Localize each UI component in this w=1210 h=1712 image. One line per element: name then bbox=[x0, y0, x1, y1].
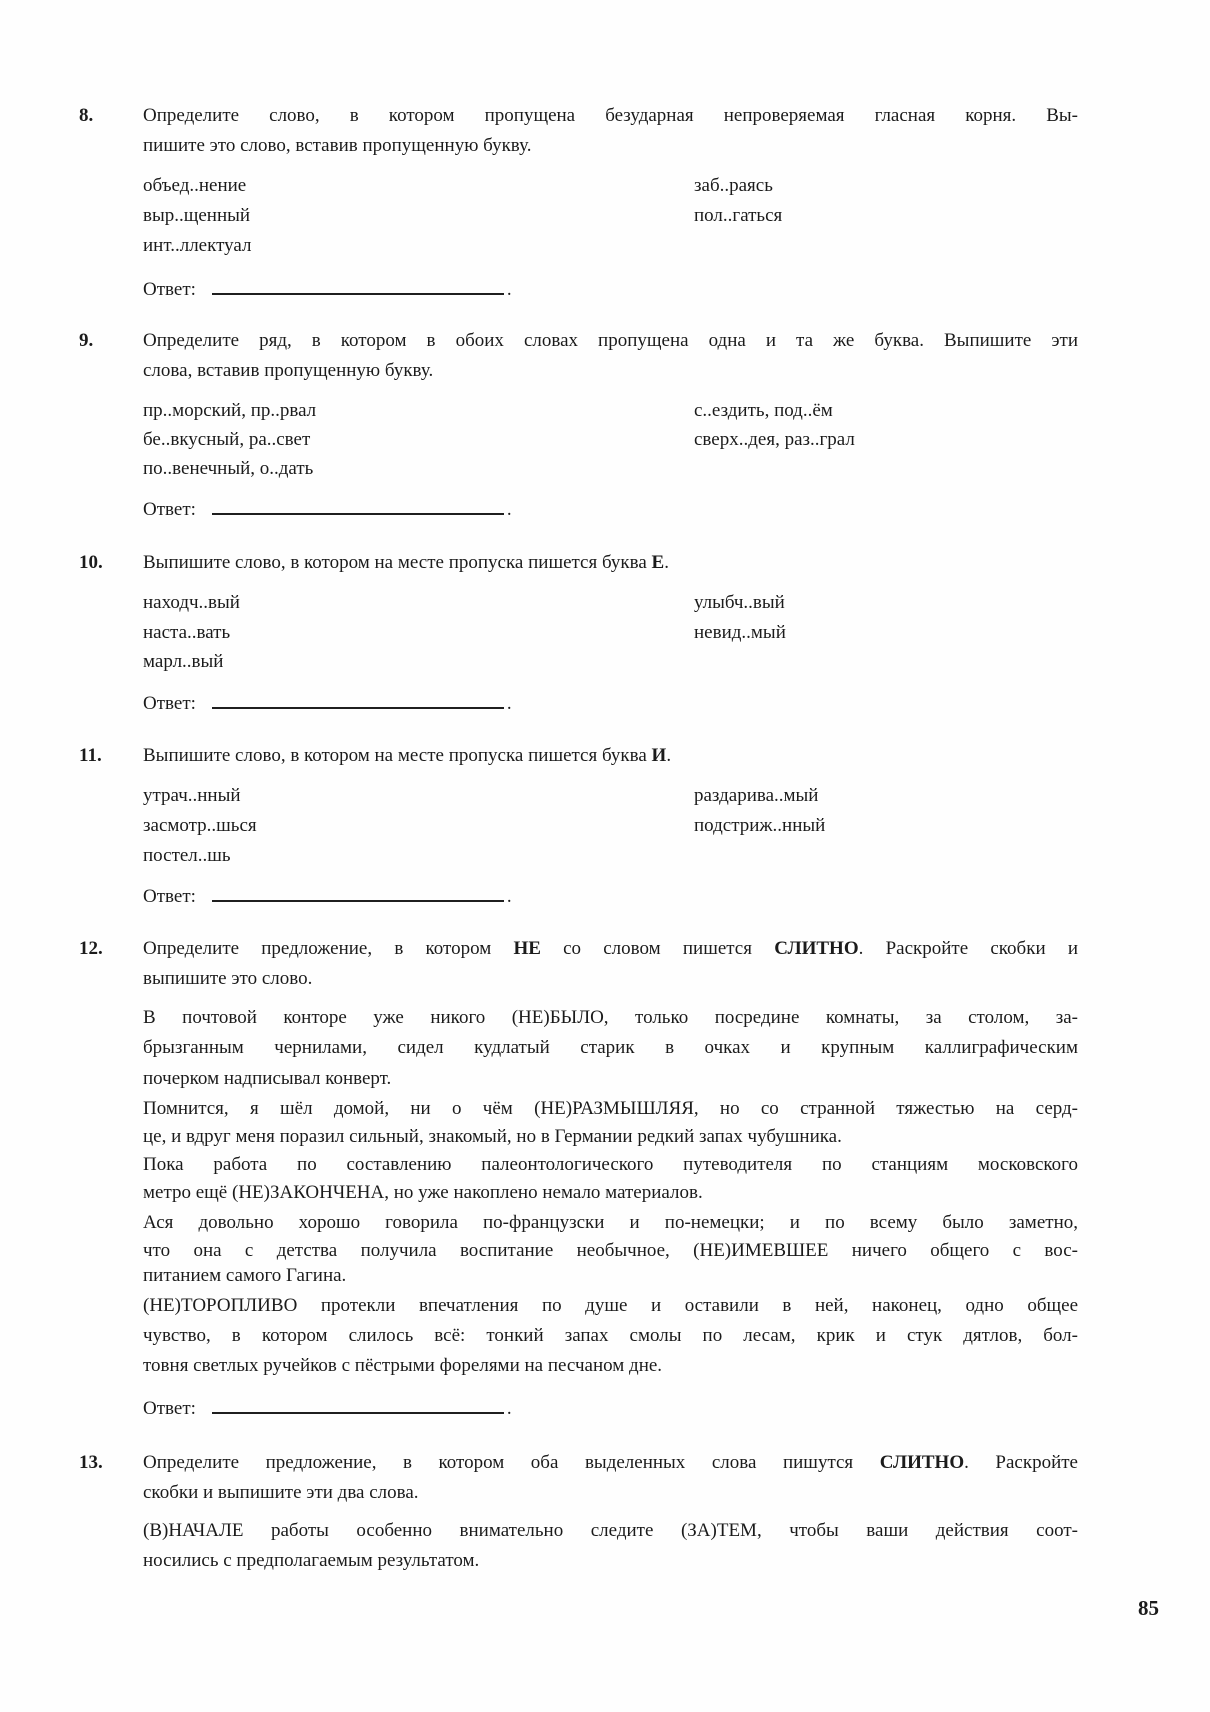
word-option: пол..гаться bbox=[694, 203, 782, 228]
task-12-sentence-line: брызганным чернилами, сидел кудлатый ста… bbox=[143, 1035, 1078, 1060]
page-number: 85 bbox=[1138, 1596, 1159, 1621]
answer-label: Ответ: bbox=[143, 693, 196, 714]
task-13-intro-line-2: скобки и выпишите эти два слова. bbox=[143, 1480, 1078, 1505]
task-11-word-row: утрач..нный раздарива..мый bbox=[143, 783, 1078, 808]
answer-period: . bbox=[507, 279, 512, 300]
task-8-intro-line-1: Определите слово, в котором пропущена бе… bbox=[143, 103, 1078, 128]
task-8-number: 8. bbox=[79, 103, 135, 128]
word-option: выр..щенный bbox=[143, 205, 250, 226]
word-option: бе..вкусный, ра..свет bbox=[143, 429, 310, 450]
task-12-sentence-line: Помнится, я шёл домой, ни о чём (НЕ)РАЗМ… bbox=[143, 1096, 1078, 1121]
task-12-sentence-line: чувство, в котором слилось всё: тонкий з… bbox=[143, 1323, 1078, 1348]
answer-blank-line bbox=[212, 276, 504, 295]
answer-label: Ответ: bbox=[143, 499, 196, 520]
task-11-word-row: постел..шь bbox=[143, 843, 1078, 868]
task-13-intro-text: . Раскройте bbox=[964, 1452, 1078, 1473]
task-11-intro: Выпишите слово, в котором на месте пропу… bbox=[143, 743, 1078, 768]
task-12-sentence-line: метро ещё (НЕ)ЗАКОНЧЕНА, но уже накоплен… bbox=[143, 1180, 1078, 1205]
task-12-intro-line-1: Определите предложение, в котором НЕ со … bbox=[143, 936, 1078, 961]
word-option: с..ездить, под..ём bbox=[694, 398, 833, 423]
task-12-sentence-line: товня светлых ручейков с пёстрыми фореля… bbox=[143, 1353, 1078, 1378]
task-11-number: 11. bbox=[79, 743, 135, 768]
word-option: заб..раясь bbox=[694, 173, 773, 198]
task-9-word-row: пр..морский, пр..рвал с..ездить, под..ём bbox=[143, 398, 1078, 423]
task-12-sentence-line: В почтовой конторе уже никого (НЕ)БЫЛО, … bbox=[143, 1005, 1078, 1030]
answer-blank-line bbox=[212, 883, 504, 902]
task-12-answer-row: Ответ:. bbox=[143, 1395, 1078, 1421]
word-option: инт..ллектуал bbox=[143, 235, 251, 256]
task-9-word-row: бе..вкусный, ра..свет сверх..дея, раз..г… bbox=[143, 427, 1078, 452]
task-11-answer-row: Ответ:. bbox=[143, 883, 1078, 909]
answer-label: Ответ: bbox=[143, 886, 196, 907]
task-12-sentence-line: (НЕ)ТОРОПЛИВО протекли впечатления по ду… bbox=[143, 1293, 1078, 1318]
task-9-intro-line-2: слова, вставив пропущенную букву. bbox=[143, 358, 1078, 383]
word-option: пр..морский, пр..рвал bbox=[143, 400, 316, 421]
word-option: засмотр..шься bbox=[143, 815, 257, 836]
word-option: постел..шь bbox=[143, 845, 231, 866]
task-12-sentence-line: Ася довольно хорошо говорила по-французс… bbox=[143, 1210, 1078, 1235]
task-13-sentence-line: носились с предполагаемым результатом. bbox=[143, 1548, 1078, 1573]
task-12-intro-text: . Раскройте скобки и bbox=[859, 938, 1078, 959]
task-12-intro-bold-slitno: СЛИТНО bbox=[774, 938, 858, 959]
answer-label: Ответ: bbox=[143, 1398, 196, 1419]
task-13-intro-text: Определите предложение, в котором оба вы… bbox=[143, 1452, 880, 1473]
task-10-intro-period: . bbox=[664, 552, 669, 573]
task-10-number: 10. bbox=[79, 550, 135, 575]
task-12-intro-text: со словом пишется bbox=[541, 938, 774, 959]
answer-period: . bbox=[507, 886, 512, 907]
task-12-sentence-line: почерком надписывал конверт. bbox=[143, 1066, 1078, 1091]
answer-blank-line bbox=[212, 496, 504, 515]
word-option: по..венечный, о..дать bbox=[143, 458, 313, 479]
word-option: утрач..нный bbox=[143, 785, 241, 806]
answer-blank-line bbox=[212, 690, 504, 709]
answer-label: Ответ: bbox=[143, 279, 196, 300]
task-12-number: 12. bbox=[79, 936, 135, 961]
task-13-number: 13. bbox=[79, 1450, 135, 1475]
word-option: сверх..дея, раз..грал bbox=[694, 427, 855, 452]
word-option: раздарива..мый bbox=[694, 783, 818, 808]
word-option: находч..вый bbox=[143, 592, 240, 613]
task-10-answer-row: Ответ:. bbox=[143, 690, 1078, 716]
task-12-intro-text: Определите предложение, в котором bbox=[143, 938, 513, 959]
answer-blank-line bbox=[212, 1395, 504, 1414]
task-12-sentence-line: Пока работа по составлению палеонтологич… bbox=[143, 1152, 1078, 1177]
task-8-word-row: объед..нение заб..раясь bbox=[143, 173, 1078, 198]
answer-period: . bbox=[507, 1398, 512, 1419]
task-8-answer-row: Ответ:. bbox=[143, 276, 1078, 302]
task-9-number: 9. bbox=[79, 328, 135, 353]
task-12-intro-bold-ne: НЕ bbox=[513, 938, 540, 959]
task-11-intro-text: Выпишите слово, в котором на месте пропу… bbox=[143, 745, 652, 766]
task-13-intro-line-1: Определите предложение, в котором оба вы… bbox=[143, 1450, 1078, 1475]
answer-period: . bbox=[507, 499, 512, 520]
word-option: марл..вый bbox=[143, 651, 223, 672]
answer-period: . bbox=[507, 693, 512, 714]
task-12-intro-line-2: выпишите это слово. bbox=[143, 966, 1078, 991]
task-11-intro-period: . bbox=[666, 745, 671, 766]
task-10-word-row: наста..вать невид..мый bbox=[143, 620, 1078, 645]
task-12-sentence-line: питанием самого Гагина. bbox=[143, 1263, 1078, 1288]
task-12-sentence-line: це, и вдруг меня поразил сильный, знаком… bbox=[143, 1124, 1078, 1149]
task-8-word-row: инт..ллектуал bbox=[143, 233, 1078, 258]
word-option: улыбч..вый bbox=[694, 590, 785, 615]
task-10-intro-letter: Е bbox=[652, 552, 665, 573]
word-option: невид..мый bbox=[694, 620, 786, 645]
word-option: наста..вать bbox=[143, 622, 230, 643]
task-13-sentence-line: (В)НАЧАЛЕ работы особенно внимательно сл… bbox=[143, 1518, 1078, 1543]
task-10-word-row: находч..вый улыбч..вый bbox=[143, 590, 1078, 615]
task-10-word-row: марл..вый bbox=[143, 649, 1078, 674]
task-9-word-row: по..венечный, о..дать bbox=[143, 456, 1078, 481]
word-option: подстриж..нный bbox=[694, 813, 825, 838]
task-9-intro-line-1: Определите ряд, в котором в обоих словах… bbox=[143, 328, 1078, 353]
task-11-word-row: засмотр..шься подстриж..нный bbox=[143, 813, 1078, 838]
task-9-answer-row: Ответ:. bbox=[143, 496, 1078, 522]
task-11-intro-letter: И bbox=[652, 745, 667, 766]
task-10-intro-text: Выпишите слово, в котором на месте пропу… bbox=[143, 552, 652, 573]
task-10-intro: Выпишите слово, в котором на месте пропу… bbox=[143, 550, 1078, 575]
scanned-exam-page: 8. Определите слово, в котором пропущена… bbox=[0, 0, 1210, 1712]
task-8-word-row: выр..щенный пол..гаться bbox=[143, 203, 1078, 228]
task-12-sentence-line: что она с детства получила воспитание не… bbox=[143, 1238, 1078, 1263]
task-8-intro-line-2: пишите это слово, вставив пропущенную бу… bbox=[143, 133, 1078, 158]
word-option: объед..нение bbox=[143, 175, 246, 196]
task-13-intro-bold-slitno: СЛИТНО bbox=[880, 1452, 964, 1473]
